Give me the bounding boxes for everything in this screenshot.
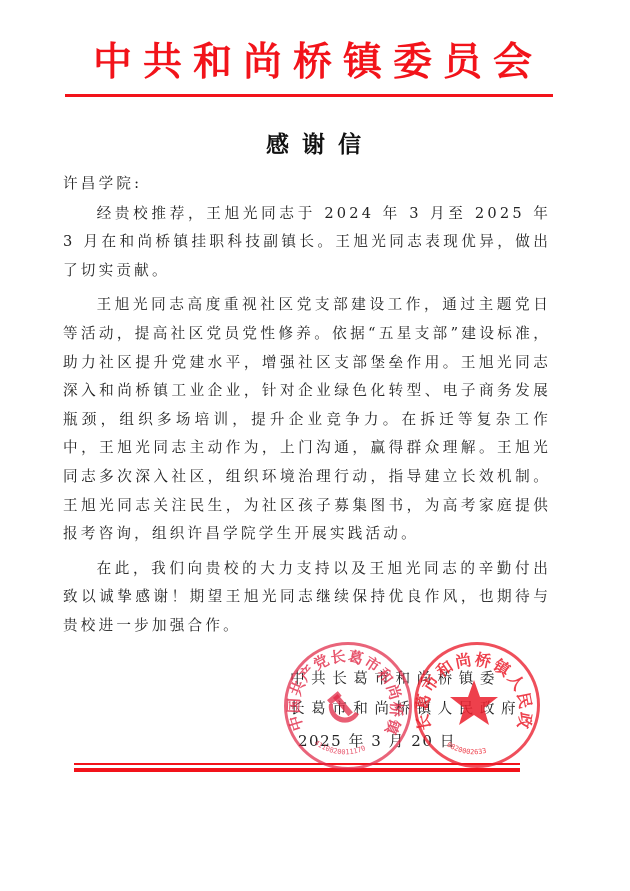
- letter-body: 许昌学院: 经贵校推荐，王旭光同志于 2024 年 3 月至 2025 年 3 …: [63, 170, 551, 647]
- footer-divider-thin: [74, 763, 520, 765]
- signature-org-party: 中共长葛市和尚桥镇委: [290, 664, 560, 694]
- letterhead-title: 中共和尚桥镇委员会: [0, 38, 630, 86]
- signature-org-government: 长葛市和尚桥镇人民政府: [290, 694, 560, 724]
- signature-date: 2025 年 3 月 20 日: [298, 730, 456, 751]
- signature-block: 中共长葛市和尚桥镇委 长葛市和尚桥镇人民政府: [290, 664, 560, 724]
- document-title: 感谢信: [0, 126, 630, 159]
- letterhead-divider: [65, 94, 553, 97]
- salutation: 许昌学院:: [63, 170, 551, 199]
- footer-divider-thick: [74, 768, 520, 772]
- paragraph-2: 王旭光同志高度重视社区党支部建设工作，通过主题党日等活动，提高社区党员党性修养。…: [63, 291, 551, 548]
- paragraph-3: 在此，我们向贵校的大力支持以及王旭光同志的辛勤付出致以诚挚感谢！期望王旭光同志继…: [63, 555, 551, 641]
- paragraph-1: 经贵校推荐，王旭光同志于 2024 年 3 月至 2025 年 3 月在和尚桥镇…: [63, 200, 551, 286]
